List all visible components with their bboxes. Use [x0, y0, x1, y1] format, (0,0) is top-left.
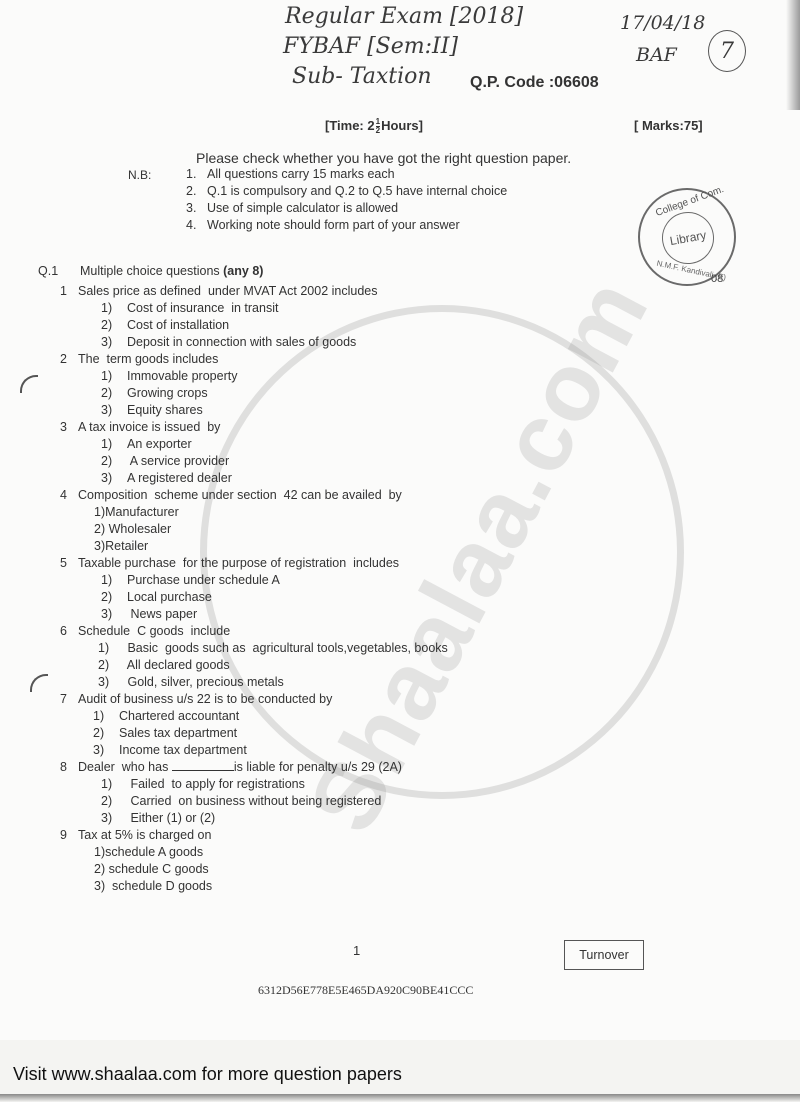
option-number: 1) [101, 300, 127, 317]
answer-option: 3)Equity shares [60, 402, 448, 419]
option-text: 3) schedule D goods [94, 879, 212, 893]
option-number: 1) [101, 368, 127, 385]
qp-code: Q.P. Code :06608 [470, 74, 599, 92]
exam-time: [Time: 212Hours] [325, 118, 423, 135]
handwritten-date: 17/04/18 [620, 14, 705, 33]
question-item: 7Audit of business u/s 22 is to be condu… [60, 691, 448, 708]
question-number: 3 [60, 419, 78, 436]
library-stamp: College of Com. Library N.M.F. Kandivali… [638, 188, 736, 286]
question-item: 5Taxable purchase for the purpose of reg… [60, 555, 448, 572]
option-number: 1) [101, 436, 127, 453]
answer-option: 2) Wholesaler [60, 521, 448, 538]
option-text: A service provider [127, 454, 229, 468]
nb-item-text: Q.1 is compulsory and Q.2 to Q.5 have in… [207, 184, 507, 201]
answer-option: 3)Income tax department [60, 742, 448, 759]
answer-option: 3)A registered dealer [60, 470, 448, 487]
option-text: An exporter [127, 437, 192, 451]
answer-option: 1)Cost of insurance in transit [60, 300, 448, 317]
answer-option: 1)Chartered accountant [60, 708, 448, 725]
handwritten-course: BAF [636, 46, 677, 65]
option-text: Carried on business without being regist… [127, 794, 381, 808]
nb-instructions: 1.All questions carry 15 marks each2.Q.1… [186, 167, 507, 235]
question-number: 6 [60, 623, 78, 640]
nb-item-number: 4. [186, 218, 207, 235]
answer-option: 2) Carried on business without being reg… [60, 793, 448, 810]
question-item: 3A tax invoice is issued by [60, 419, 448, 436]
nb-item: 2.Q.1 is compulsory and Q.2 to Q.5 have … [186, 184, 507, 201]
question-text: Sales price as defined under MVAT Act 20… [78, 284, 377, 298]
option-text: Cost of insurance in transit [127, 301, 278, 315]
paper-hash: 6312D56E778E5E465DA920C90BE41CCC [258, 983, 473, 998]
page-number: 1 [353, 943, 360, 958]
option-number: 2) [101, 589, 127, 606]
question-number: 9 [60, 827, 78, 844]
option-number: 1) [93, 708, 119, 725]
question-number: 8 [60, 759, 78, 776]
option-number: 1) [101, 572, 127, 589]
handwritten-class: FYBAF [Sem:II] [283, 36, 458, 58]
option-number: 2) [98, 657, 124, 674]
option-text: Sales tax department [119, 726, 237, 740]
option-text: 2) Wholesaler [94, 522, 171, 536]
answer-option: 2) A service provider [60, 453, 448, 470]
option-text: Growing crops [127, 386, 208, 400]
fill-in-blank [172, 759, 234, 771]
question-number: 2 [60, 351, 78, 368]
question-text: Composition scheme under section 42 can … [78, 488, 402, 502]
question-text: A tax invoice is issued by [78, 420, 220, 434]
nb-item-number: 2. [186, 184, 207, 201]
option-text: 1)Manufacturer [94, 505, 179, 519]
stamp-number: 08 [711, 273, 723, 285]
option-number: 1) [98, 640, 124, 657]
fraction-denominator: 2 [376, 127, 380, 135]
turnover-box: Turnover [564, 940, 644, 970]
question-item: 8Dealer who has is liable for penalty u/… [60, 759, 448, 776]
nb-item-text: Working note should form part of your an… [207, 218, 460, 235]
stamp-center-text: Library [658, 208, 718, 268]
option-text: Gold, silver, precious metals [124, 675, 284, 689]
option-text: Cost of installation [127, 318, 229, 332]
punch-hole-mark [30, 674, 48, 692]
option-number: 2) [101, 317, 127, 334]
answer-option: 2)Cost of installation [60, 317, 448, 334]
question-number: 7 [60, 691, 78, 708]
question-list: 1Sales price as defined under MVAT Act 2… [60, 283, 448, 895]
nb-item: 1.All questions carry 15 marks each [186, 167, 507, 184]
option-text: 3)Retailer [94, 539, 148, 553]
site-footer: Visit www.shaalaa.com for more question … [13, 1064, 402, 1085]
answer-option: 3) schedule D goods [60, 878, 448, 895]
option-number: 2) [93, 725, 119, 742]
time-fraction: 12 [376, 118, 380, 135]
question-text: Schedule C goods include [78, 624, 230, 638]
handwritten-circled-number: 7 [708, 30, 746, 72]
nb-item: 4.Working note should form part of your … [186, 218, 507, 235]
option-text: A registered dealer [127, 471, 232, 485]
handwritten-exam-title: Regular Exam [2018] [285, 6, 523, 28]
answer-option: 3)Deposit in connection with sales of go… [60, 334, 448, 351]
time-prefix: [Time: 2 [325, 118, 375, 133]
option-number: 2) [101, 793, 127, 810]
answer-option: 3) Either (1) or (2) [60, 810, 448, 827]
option-text: Deposit in connection with sales of good… [127, 335, 356, 349]
nb-label: N.B: [128, 168, 151, 182]
question-item: 6Schedule C goods include [60, 623, 448, 640]
answer-option: 1)Immovable property [60, 368, 448, 385]
option-text: 2) schedule C goods [94, 862, 209, 876]
answer-option: 2)Local purchase [60, 589, 448, 606]
question-number: 1 [60, 283, 78, 300]
option-text: All declared goods [124, 658, 230, 672]
section-heading: Q.1Multiple choice questions (any 8) [38, 264, 263, 278]
option-text: Either (1) or (2) [127, 811, 215, 825]
option-number: 1) [101, 776, 127, 793]
answer-option: 1) Failed to apply for registrations [60, 776, 448, 793]
time-suffix: Hours] [381, 118, 423, 133]
question-number: 5 [60, 555, 78, 572]
question-text: Tax at 5% is charged on [78, 828, 211, 842]
option-text: Equity shares [127, 403, 203, 417]
answer-option: 1)Manufacturer [60, 504, 448, 521]
handwritten-subject: Sub- Taxtion [292, 66, 432, 88]
option-number: 3) [98, 674, 124, 691]
question-item: 4Composition scheme under section 42 can… [60, 487, 448, 504]
section-number: Q.1 [38, 264, 80, 278]
option-number: 3) [101, 334, 127, 351]
option-number: 3) [101, 470, 127, 487]
nb-item-number: 3. [186, 201, 207, 218]
answer-option: 2) All declared goods [60, 657, 448, 674]
option-text: Local purchase [127, 590, 212, 604]
nb-item: 3.Use of simple calculator is allowed [186, 201, 507, 218]
nb-item-text: All questions carry 15 marks each [207, 167, 395, 184]
option-number: 3) [101, 810, 127, 827]
question-text-cont: is liable for penalty u/s 29 (2A) [234, 760, 402, 774]
option-number: 2) [101, 385, 127, 402]
option-text: Income tax department [119, 743, 247, 757]
question-item: 9Tax at 5% is charged on [60, 827, 448, 844]
page-bottom-edge [0, 1094, 800, 1102]
nb-item-text: Use of simple calculator is allowed [207, 201, 398, 218]
option-text: Chartered accountant [119, 709, 239, 723]
answer-option: 3)Retailer [60, 538, 448, 555]
option-text: 1)schedule A goods [94, 845, 203, 859]
question-item: 1Sales price as defined under MVAT Act 2… [60, 283, 448, 300]
answer-option: 1)schedule A goods [60, 844, 448, 861]
scan-edge [786, 0, 800, 110]
option-number: 2) [101, 453, 127, 470]
nb-item-number: 1. [186, 167, 207, 184]
question-text: Audit of business u/s 22 is to be conduc… [78, 692, 332, 706]
option-text: News paper [127, 607, 197, 621]
answer-option: 2) schedule C goods [60, 861, 448, 878]
exam-marks: [ Marks:75] [634, 118, 703, 133]
question-text: Dealer who has [78, 760, 172, 774]
option-number: 3) [101, 606, 127, 623]
answer-option: 1)An exporter [60, 436, 448, 453]
punch-hole-mark [20, 375, 38, 393]
answer-option: 2)Sales tax department [60, 725, 448, 742]
option-text: Basic goods such as agricultural tools,v… [124, 641, 448, 655]
check-notice: Please check whether you have got the ri… [196, 150, 571, 166]
section-note: (any 8) [223, 264, 263, 278]
question-number: 4 [60, 487, 78, 504]
answer-option: 2)Growing crops [60, 385, 448, 402]
option-text: Purchase under schedule A [127, 573, 280, 587]
answer-option: 1)Purchase under schedule A [60, 572, 448, 589]
section-title: Multiple choice questions [80, 264, 223, 278]
question-text: The term goods includes [78, 352, 218, 366]
answer-option: 3) News paper [60, 606, 448, 623]
question-text: Taxable purchase for the purpose of regi… [78, 556, 399, 570]
answer-option: 3) Gold, silver, precious metals [60, 674, 448, 691]
option-number: 3) [93, 742, 119, 759]
option-text: Failed to apply for registrations [127, 777, 305, 791]
option-text: Immovable property [127, 369, 237, 383]
answer-option: 1) Basic goods such as agricultural tool… [60, 640, 448, 657]
question-item: 2The term goods includes [60, 351, 448, 368]
question-paper-page: Regular Exam [2018] FYBAF [Sem:II] Sub- … [0, 0, 800, 1040]
option-number: 3) [101, 402, 127, 419]
